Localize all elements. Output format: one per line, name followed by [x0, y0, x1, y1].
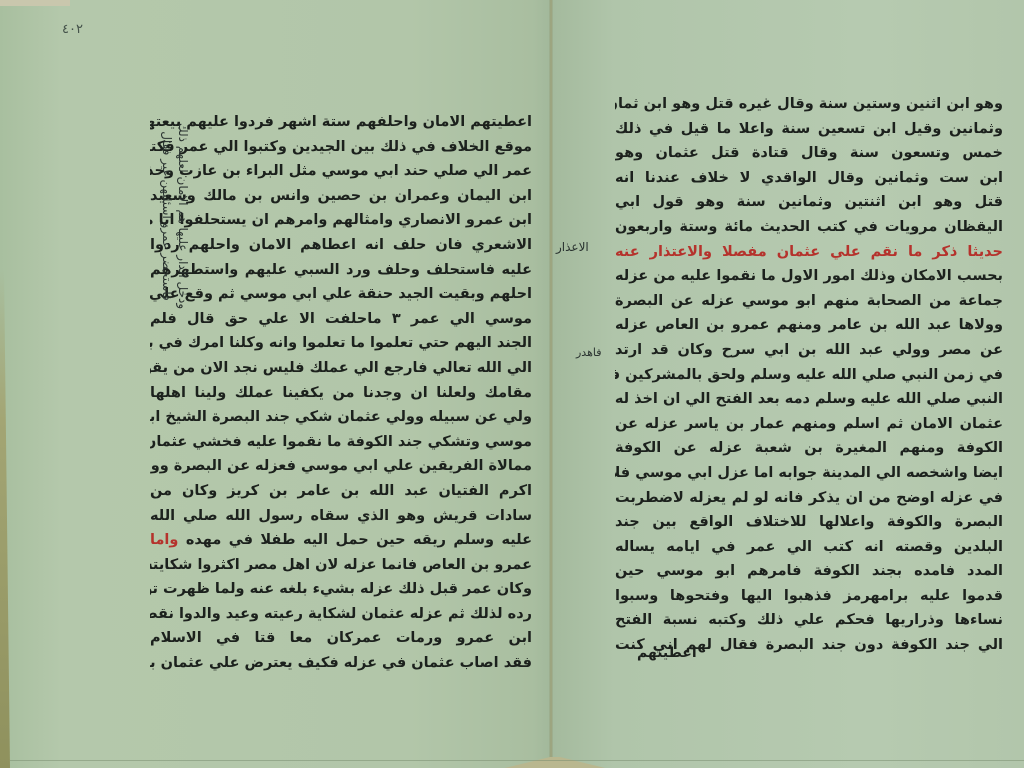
folio-number: ٤٠٢ — [62, 22, 83, 37]
text-line: وهو ابن اثنين وستين سنة وقال غيره قتل وه… — [615, 92, 1003, 117]
text-line: عليه فاستحلف وحلف ورد السبي عليهم واستطه… — [150, 258, 532, 283]
text-line: ممالاة الفريقين علي ابي موسي فعزله عن ال… — [150, 454, 532, 479]
right-margin-note: الاعذار — [556, 240, 589, 254]
text-line: ولي عن سبيله وولي عثمان شكي جند البصرة ا… — [150, 405, 532, 430]
text-line: مقامك ولعلنا ان وجدنا من يكفينا عملك ولي… — [150, 381, 532, 406]
manuscript-spread: ٤٠٢ اعطيتهم الامان واحلفهم ستة اشهر فردو… — [0, 0, 1024, 768]
right-page-text: وهو ابن اثنين وستين سنة وقال غيره قتل وه… — [615, 92, 1003, 658]
text-line: البصرة والكوفة واعلالها للاختلاف الواقع … — [615, 510, 1003, 535]
text-line: بحسب الامكان وذلك امور الاول ما نقموا عل… — [615, 264, 1003, 289]
text-line: قدموا عليه برامهرمز فذهبوا اليها وفتحوها… — [615, 584, 1003, 609]
text-line: البلدين وقصته انه كتب الي عمر في ايامه ي… — [615, 535, 1003, 560]
text-line: الجند اليهم حتي تعلموا ما تعلموا وانه وك… — [150, 331, 532, 356]
section-heading-rubric: حديثا ذكر ما نقم علي عثمان مفصلا والاعتذ… — [615, 240, 1003, 265]
text-line: في زمن النبي صلي الله عليه وسلم ولحق بال… — [615, 363, 1003, 388]
text-line: ابن اليمان وعمران بن حصين وانس بن مالك و… — [150, 184, 532, 209]
rubric: واما — [150, 532, 178, 548]
right-margin-note: فاهدر — [576, 346, 602, 359]
text-line: ايضا واشخصه الي المدينة جوابه اما عزل اب… — [615, 461, 1003, 486]
text-line-with-rubric: عليه وسلم ريقه حين حمل اليه طفلا في مهده… — [150, 528, 532, 553]
text-line: اليقظان مرويات في كتب الحديث مائة وستة و… — [615, 215, 1003, 240]
text-line: ابن عمرو الانصاري وامثالهم وامرهم ان يست… — [150, 208, 532, 233]
text-line: اكرم الفتيان عبد الله بن عامر بن كريز وك… — [150, 479, 532, 504]
catchword: اعطيتهم — [637, 645, 697, 661]
text-line: ابن عمرو ورمات عمركان معا قتا في الاسلام — [150, 626, 532, 651]
text-line: عمرو بن العاص فانما عزله لان اهل مصر اكث… — [150, 553, 532, 578]
text-line: سادات قريش وهو الذي سقاه رسول الله صلي ا… — [150, 504, 532, 529]
text-line: احلهم وبقيت الجيد حنقة علي ابي موسي ثم و… — [150, 282, 532, 307]
text-line: عمر الي صلي حند ابي موسي مثل البراء بن ع… — [150, 159, 532, 184]
text-line: قتل وهو ابن اثنتين وثمانين سنة وهو قول ا… — [615, 190, 1003, 215]
cover-edge — [0, 270, 10, 768]
text-line: ابن ست وثمانين وقال الواقدي لا خلاف عندن… — [615, 166, 1003, 191]
text-line: وولاها عبد الله بن عامر ومنهم عمرو بن ال… — [615, 313, 1003, 338]
text-line: موقع الخلاف في ذلك بين الجيدين وكتبوا ال… — [150, 135, 532, 160]
text-line: موسي وتشكي جند الكوفة ما نقموا عليه فخشي… — [150, 430, 532, 455]
text-line: الكوفة ومنهم المغيرة بن شعبة عزله عن الك… — [615, 436, 1003, 461]
left-page-text: اعطيتهم الامان واحلفهم ستة اشهر فردوا عل… — [150, 110, 532, 676]
text-line: وكان عمر قبل ذلك عزله بشيء بلغه عنه ولما… — [150, 577, 532, 602]
text-line: جماعة من الصحابة منهم ابو موسي عزله عن ا… — [615, 289, 1003, 314]
bottom-edge — [10, 760, 1024, 761]
text-line: الاشعري فان حلف انه اعطاهم الامان واحلهم… — [150, 233, 532, 258]
text-line: عثمان الامان ثم اسلم ومنهم عمار بن ياسر … — [615, 412, 1003, 437]
text-line: رده لذلك ثم عزله عثمان لشكاية رعيته وعيد… — [150, 602, 532, 627]
text-line: في عزله اوضح من ان يذكر فانه لو لم يعزله… — [615, 486, 1003, 511]
text-line: عن مصر وولي عبد الله بن ابي سرح وكان قد … — [615, 338, 1003, 363]
text-line: نساءها وذراريها فحكم علي ذلك وكتبه نسبة … — [615, 608, 1003, 633]
text-line: خمس وتسعون سنة وقال قتادة قتل عثمان وهو — [615, 141, 1003, 166]
text-line: موسي الي عمر ٣ ماحلفت الا علي حق قال فلم — [150, 307, 532, 332]
text-segment: عليه وسلم ريقه حين حمل اليه طفلا في مهده — [186, 532, 532, 548]
text-line: الي الله تعالي فارجع الي عملك فليس نجد ا… — [150, 356, 532, 381]
gutter-fold — [549, 0, 553, 768]
text-line: فقد اصاب عثمان في عزله فكيف يعترض علي عث… — [150, 651, 532, 676]
margin-note-line: ودخل الدار عليها هم الامان لعلهم ذلك — [175, 101, 191, 331]
left-margin-note: ودخل الدار عليها هم الامان لعلهم ذلك فاس… — [159, 101, 191, 331]
margin-note-line: فاستحضر عمرو اسئلتهن غير فقال — [159, 101, 175, 331]
text-line: النبي صلي الله عليه وسلم دمه بعد الفتح ا… — [615, 387, 1003, 412]
text-line: المدد فامده بجند الكوفة فامرهم ابو موسي … — [615, 559, 1003, 584]
text-line: وثمانين وقيل ابن تسعين سنة واعلا ما قيل … — [615, 117, 1003, 142]
text-line: اعطيتهم الامان واحلفهم ستة اشهر فردوا عل… — [150, 110, 532, 135]
